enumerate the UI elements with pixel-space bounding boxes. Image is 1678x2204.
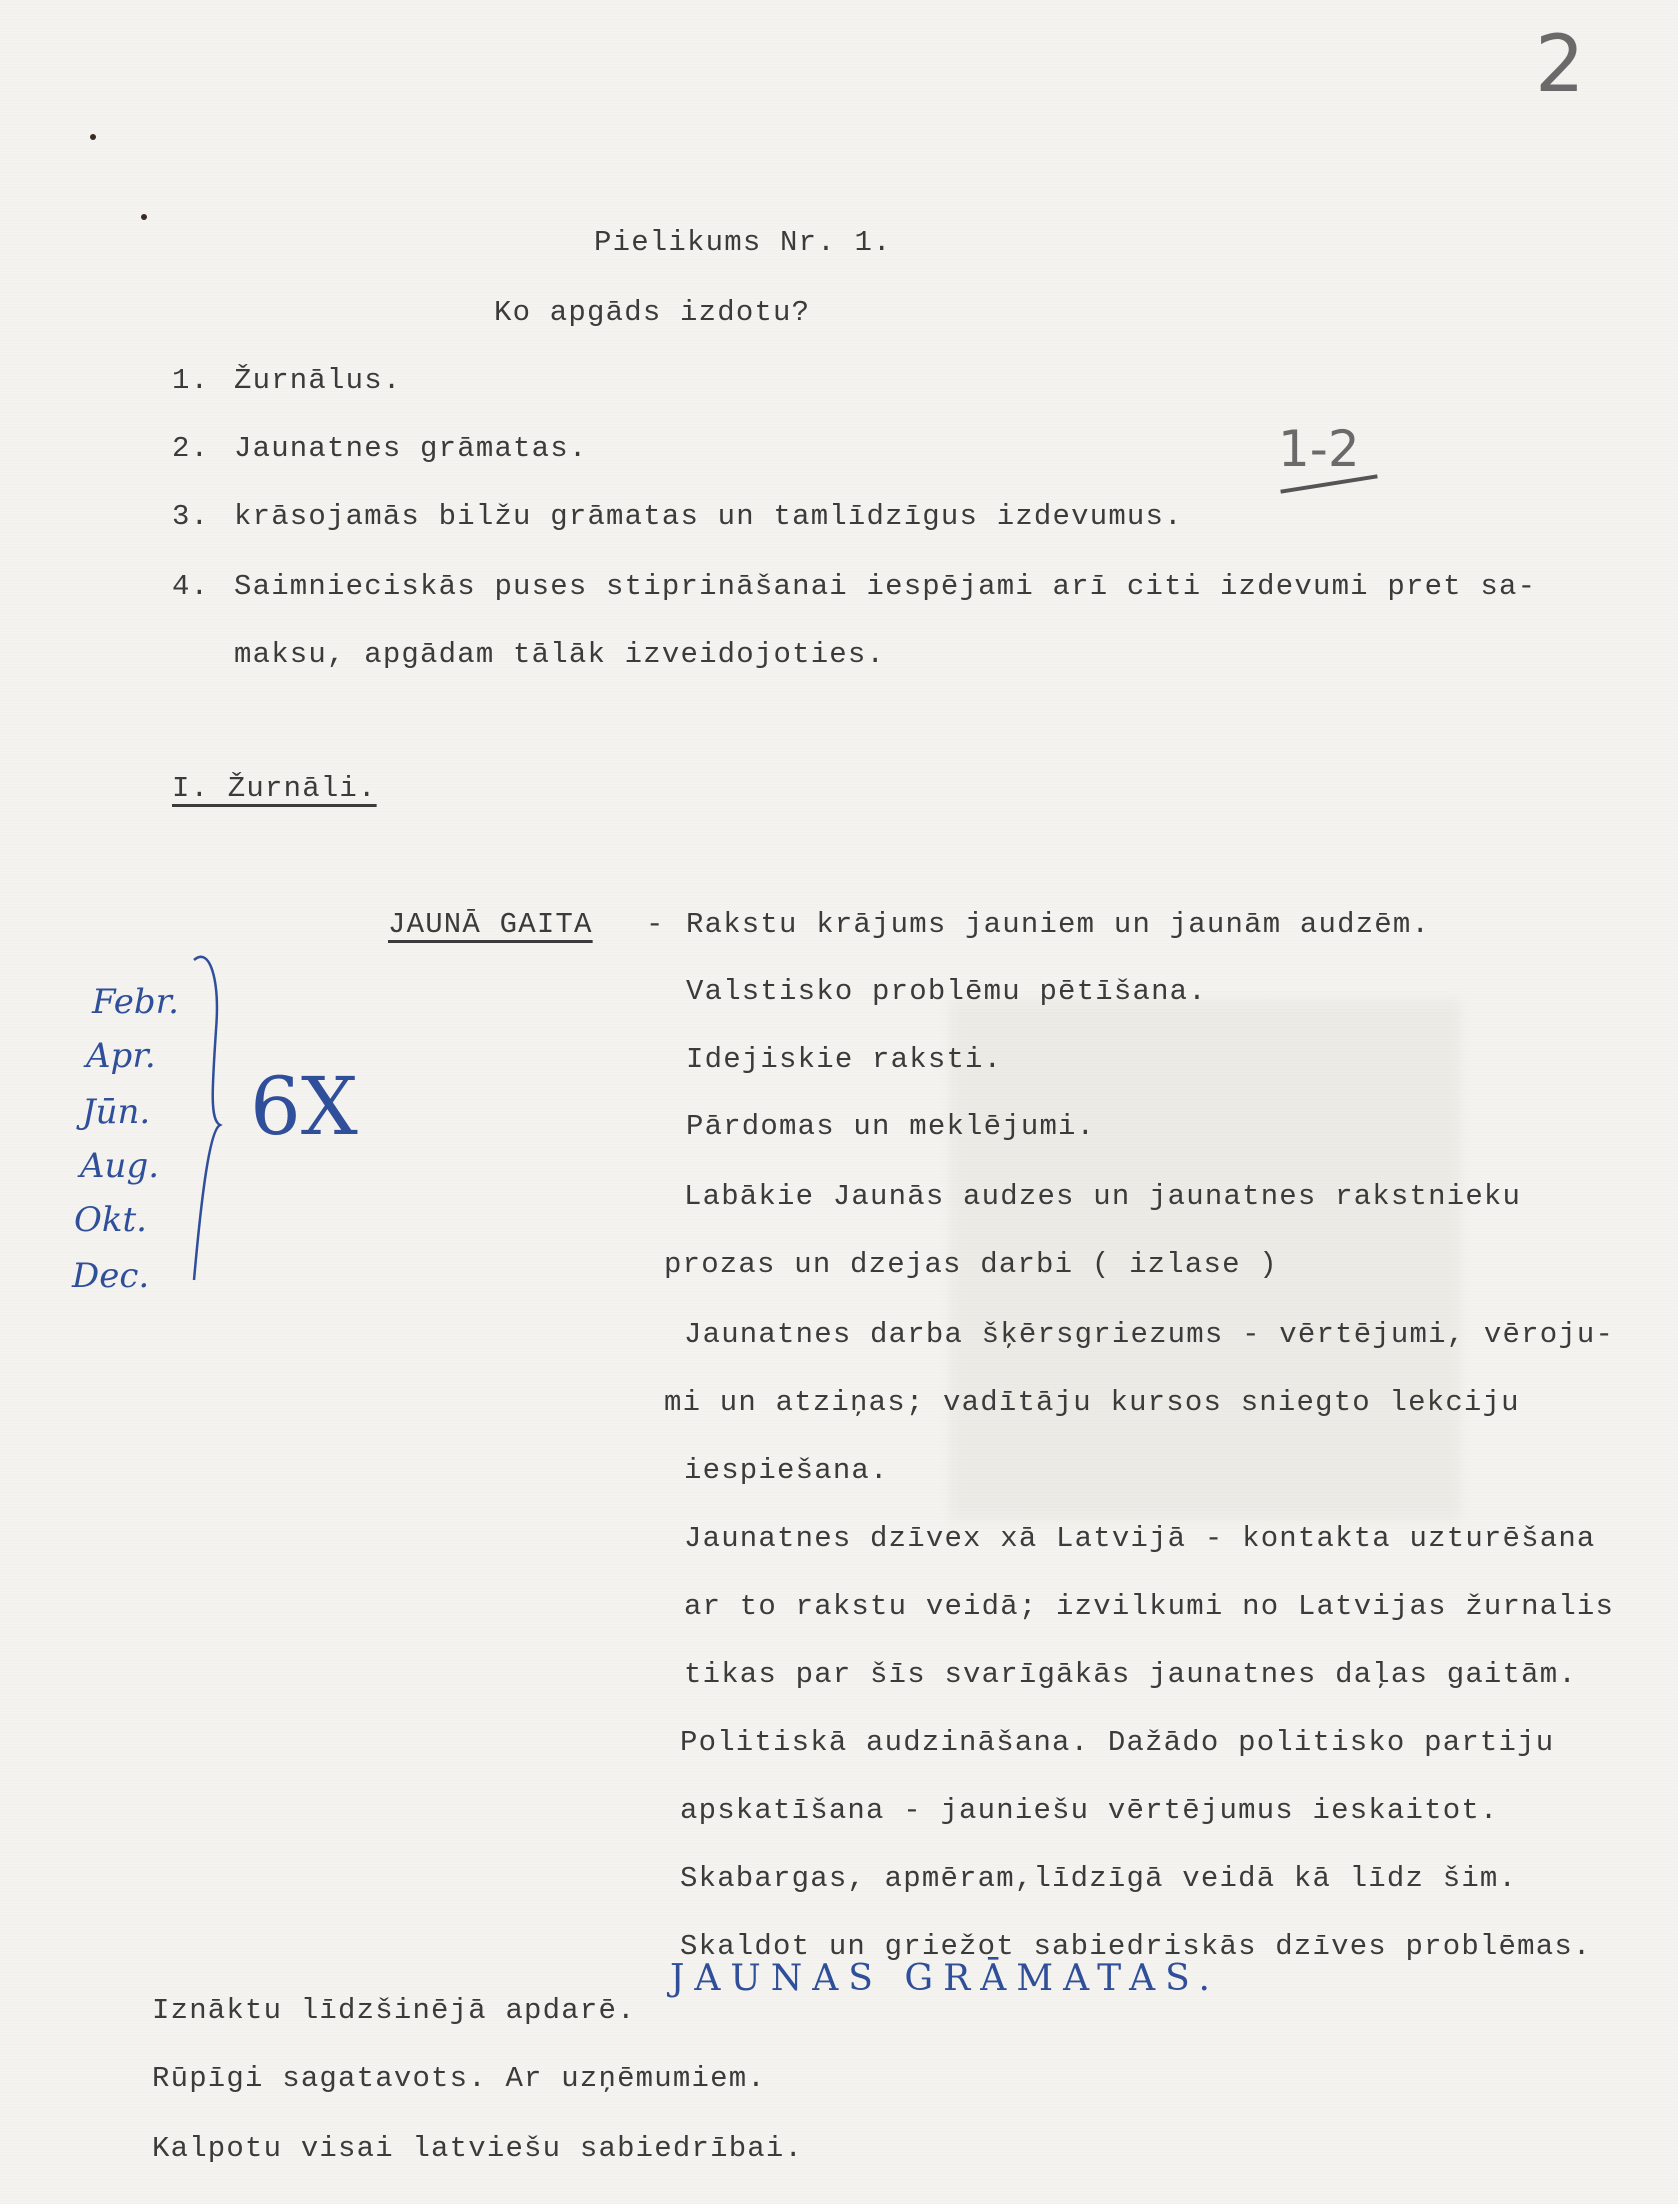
journal-line: Politiskā audzināšana. Dažādo politisko …	[680, 1726, 1554, 1759]
list-item: Žurnālus.	[234, 364, 401, 397]
journal-line: Jaunatnes dzīvex xā Latvijā - kontakta u…	[684, 1522, 1596, 1555]
journal-line: prozas un dzejas darbi ( izlase )	[664, 1248, 1278, 1281]
handwritten-month: Aug.	[80, 1146, 159, 1186]
page-number: 2	[1535, 20, 1585, 110]
handwritten-month: Apr.	[86, 1036, 156, 1076]
journal-line: iespiešana.	[684, 1454, 889, 1487]
journal-line: mi un atziņas; vadītāju kursos sniegto l…	[664, 1386, 1520, 1419]
list-item: krāsojamās bilžu grāmatas un tamlīdzīgus…	[234, 500, 1183, 533]
journal-line: Labākie Jaunās audzes un jaunatnes rakst…	[684, 1180, 1521, 1213]
journal-line: Pārdomas un meklējumi.	[686, 1110, 1095, 1143]
journal-line: Idejiskie raksti.	[686, 1043, 1002, 1076]
staple-hole-icon	[90, 134, 96, 140]
handwritten-month: Okt.	[74, 1200, 147, 1240]
margin-note-range: 1-2	[1278, 420, 1360, 478]
journal-line: Skabargas, apmēram,līdzīgā veidā kā līdz…	[680, 1862, 1517, 1895]
handwritten-month: Jūn.	[82, 1092, 150, 1132]
journal-line: Valstisko problēmu pētīšana.	[686, 975, 1207, 1008]
list-number: 1.	[172, 364, 209, 397]
closing-line: Kalpotu visai latviešu sabiedrībai.	[152, 2132, 803, 2165]
handwritten-month: Febr.	[92, 982, 179, 1022]
journal-line: tikas par šīs svarīgākās jaunatnes daļas…	[684, 1658, 1577, 1691]
list-number: 3.	[172, 500, 209, 533]
journal-line: Jaunatnes darba šķērsgriezums - vērtējum…	[684, 1318, 1614, 1351]
journal-line: ar to rakstu veidā; izvilkumi no Latvija…	[684, 1590, 1614, 1623]
journal-name: JAUNĀ GAITA	[388, 908, 593, 941]
document-subtitle: Ko apgāds izdotu?	[494, 296, 810, 329]
handwritten-frequency: 6X	[250, 1060, 358, 1153]
list-number: 4.	[172, 570, 209, 603]
section-heading: I. Žurnāli.	[172, 772, 377, 805]
staple-hole-icon	[141, 214, 147, 220]
list-item: Saimnieciskās puses stiprināšanai iespēj…	[234, 570, 1536, 603]
curly-brace-icon	[180, 950, 240, 1290]
journal-line: Rakstu krājums jauniem un jaunām audzēm.	[686, 908, 1430, 941]
closing-line: Iznāktu līdzšinējā apdarē.	[152, 1994, 636, 2027]
handwritten-note: JAUNAS GRĀMATAS.	[670, 1958, 1220, 1999]
closing-line: Rūpīgi sagatavots. Ar uzņēmumiem.	[152, 2062, 766, 2095]
list-item-continuation: maksu, apgādam tālāk izveidojoties.	[234, 638, 885, 671]
list-number: 2.	[172, 432, 209, 465]
handwritten-month: Dec.	[72, 1256, 149, 1296]
journal-line: apskatīšana - jauniešu vērtējumus ieskai…	[680, 1794, 1499, 1827]
document-title: Pielikums Nr. 1.	[594, 226, 892, 259]
journal-dash: -	[646, 908, 665, 941]
list-item: Jaunatnes grāmatas.	[234, 432, 587, 465]
